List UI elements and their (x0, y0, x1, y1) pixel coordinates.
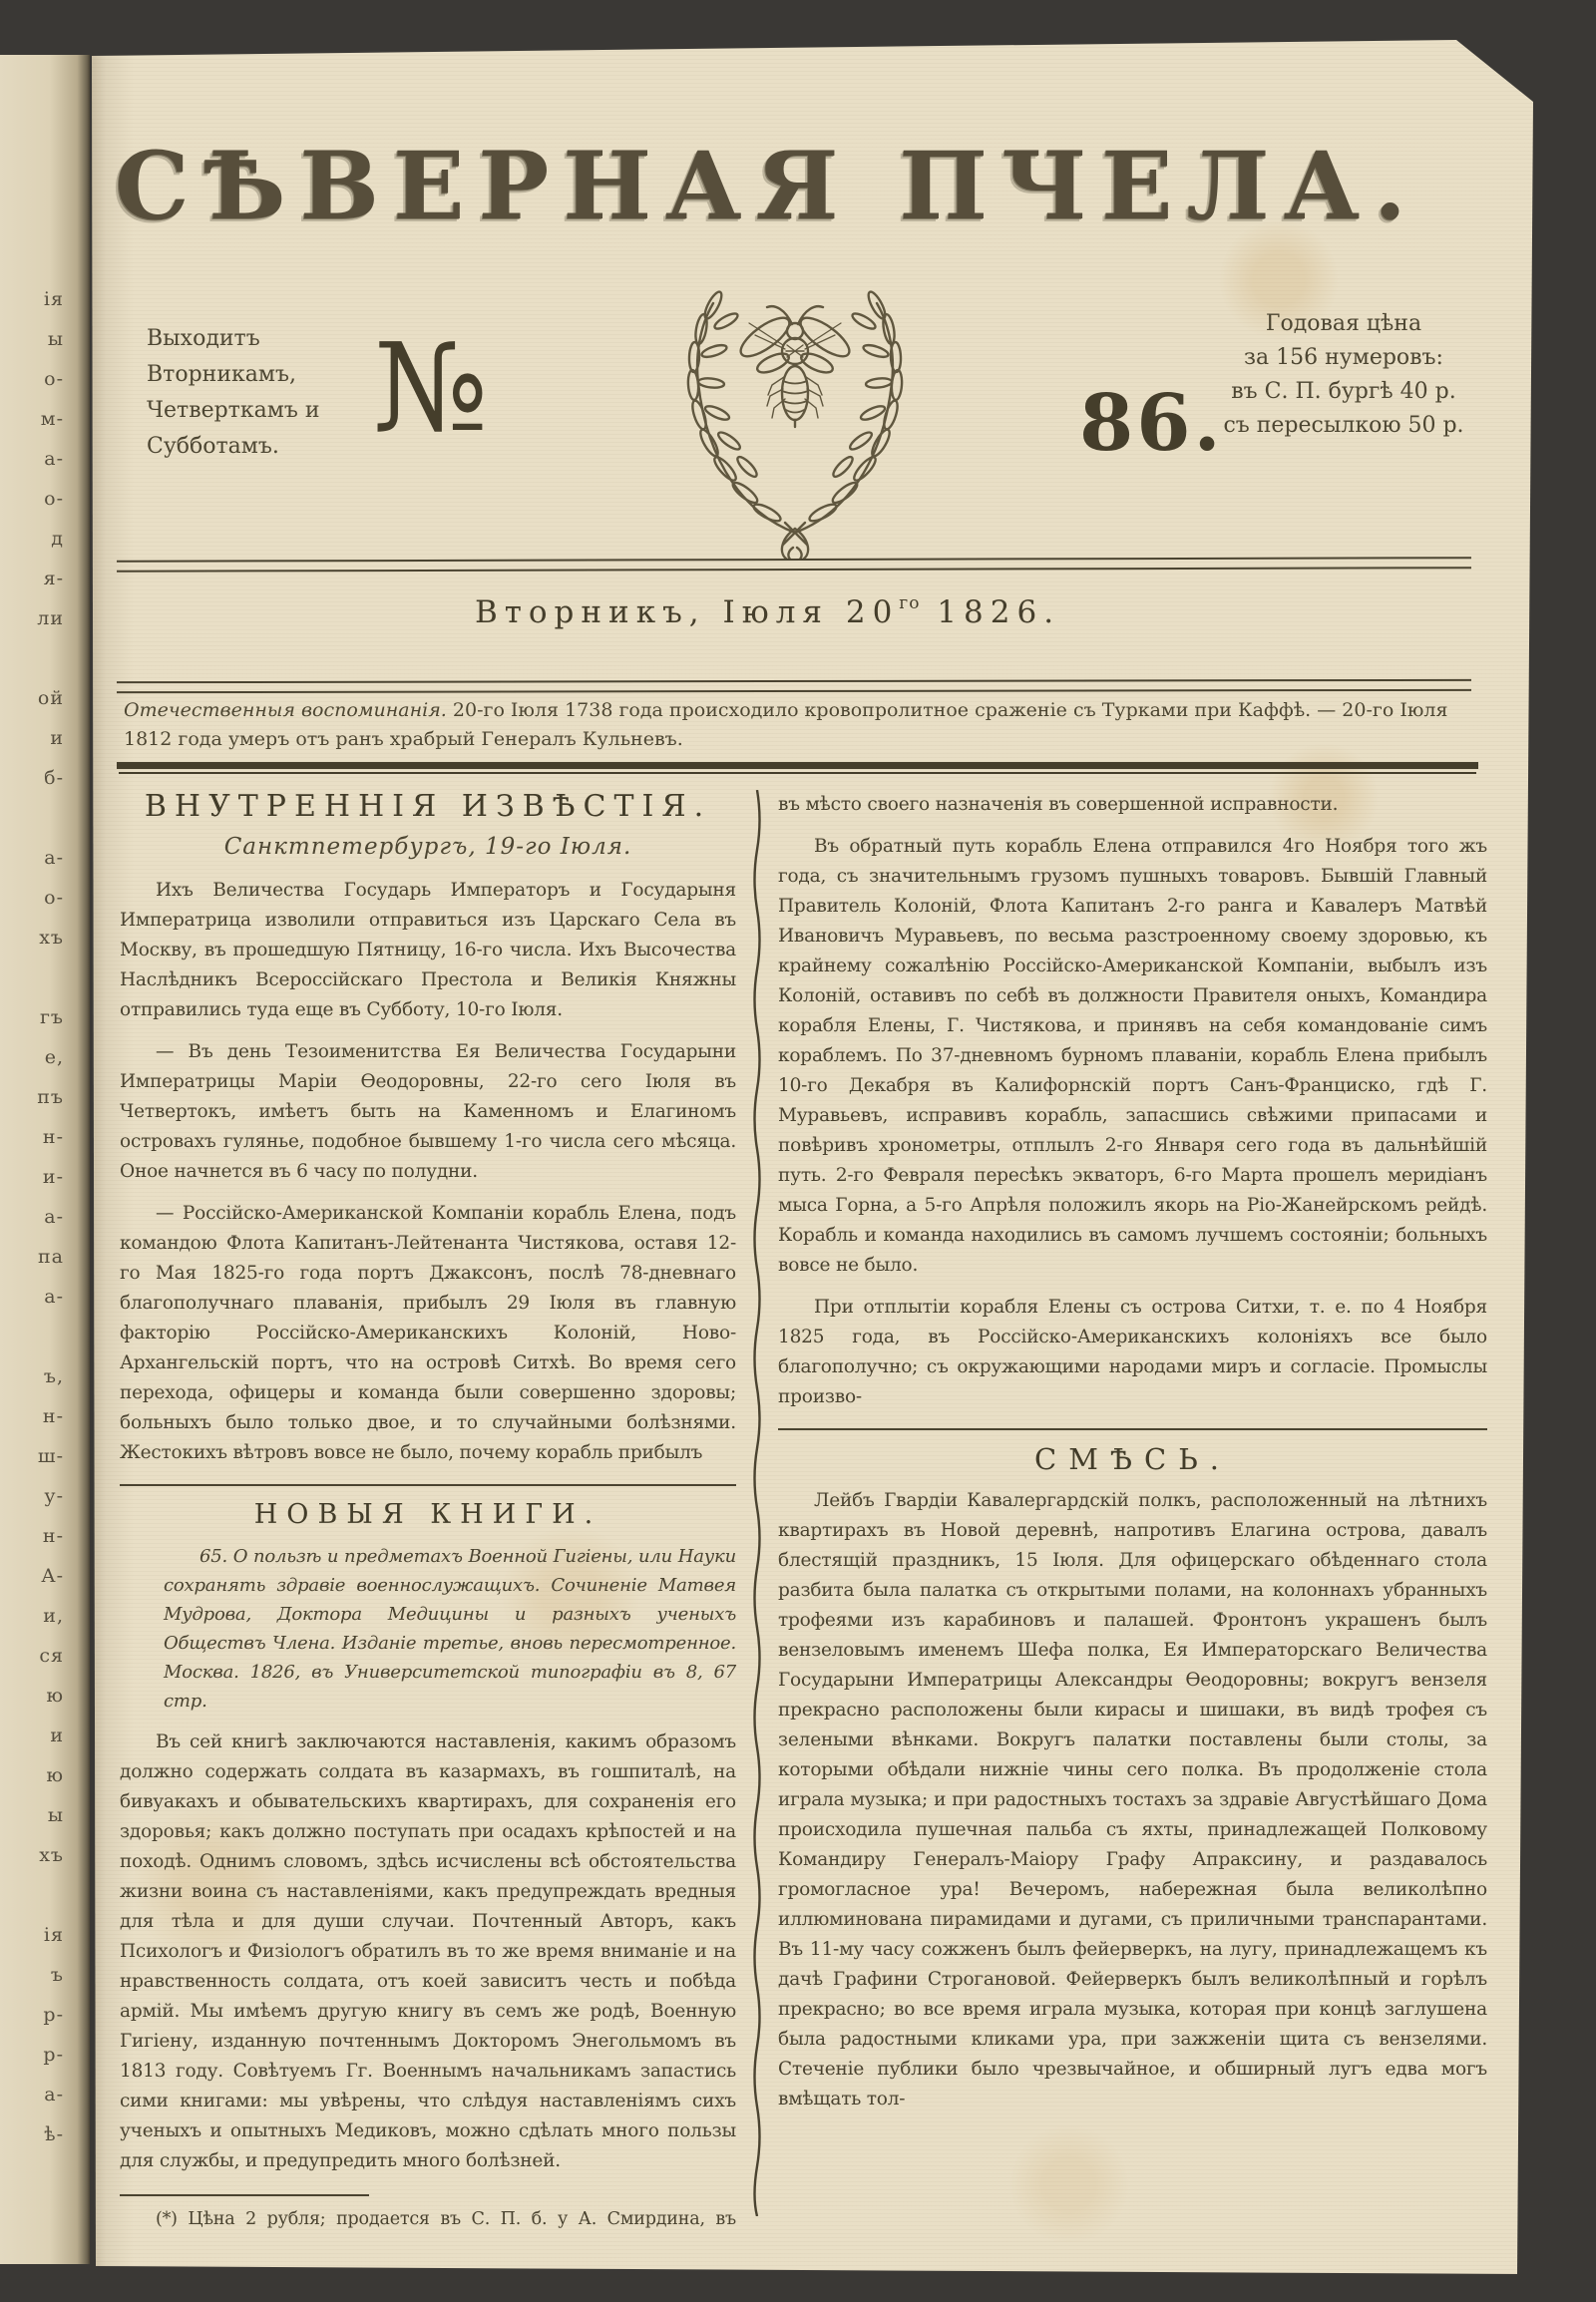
bee-wreath-emblem-icon (596, 261, 995, 565)
photograph-of-newspaper: { "page": { "background_color": "#3a3835… (0, 0, 1596, 2302)
article-paragraph: Ихъ Величества Государь Императоръ и Гос… (120, 876, 736, 1025)
article-paragraph: Лейбъ Гвардіи Кавалергардскій полкъ, рас… (778, 1486, 1487, 2114)
article-paragraph: — Россійско-Американской Компаніи корабл… (120, 1199, 736, 1468)
section-heading-new-books: НОВЫЯ КНИГИ. (120, 1500, 736, 1530)
laurel-branch-left (687, 289, 795, 533)
section-heading-miscellany: СМѢСЬ. (778, 1444, 1487, 1474)
laurel-branch-right (795, 289, 903, 533)
heavy-divider-rule (117, 762, 1478, 769)
section-divider-rule (778, 1428, 1487, 1430)
divider-rule (117, 557, 1471, 573)
issue-number-sign: № (373, 327, 488, 449)
price-line: Годовая цѣна (1189, 307, 1498, 341)
right-column: въ мѣсто своего назначенія въ совершенно… (778, 790, 1487, 2236)
masthead-title: СѢВЕРНАЯ ПЧЕЛА. (92, 132, 1443, 241)
article-paragraph: При отплытіи корабля Елены съ острова Си… (778, 1293, 1487, 1412)
section-divider-rule (120, 1484, 736, 1486)
publication-schedule: Выходитъ Вторникамъ, Четверткамъ и Суббо… (147, 321, 320, 465)
schedule-line: Четверткамъ и (147, 393, 320, 429)
dateline: Вторникъ, Іюля 20го 1826. (92, 594, 1443, 630)
price-line: за 156 нумеровъ: (1189, 341, 1498, 375)
article-paragraph: — Въ день Тезоименитства Ея Величества Г… (120, 1037, 736, 1187)
schedule-line: Субботамъ. (147, 429, 320, 465)
column-divider (736, 790, 778, 2236)
schedule-line: Выходитъ (147, 321, 320, 357)
section-heading-domestic-news: ВНУТРЕННІЯ ИЗВѢСТІЯ. (120, 792, 736, 822)
article-paragraph: въ мѣсто своего назначенія въ совершенно… (778, 790, 1487, 820)
memorial-note: Отечественныя воспоминанія. 20-го Іюля 1… (124, 696, 1463, 754)
article-paragraph: Въ сей книгѣ заключаются наставленія, ка… (120, 1727, 736, 2176)
price-line: съ пересылкою 50 р. (1189, 409, 1498, 443)
dateline-ordinal: го (899, 593, 920, 613)
newspaper-page: СѢВЕРНАЯ ПЧЕЛА. Выходитъ Вторникамъ, Чет… (92, 40, 1533, 2274)
left-column: ВНУТРЕННІЯ ИЗВѢСТІЯ. Санктпетербургъ, 19… (120, 790, 736, 2236)
subscription-price: Годовая цѣна за 156 нумеровъ: въ С. П. б… (1189, 307, 1498, 443)
memorial-note-lead: Отечественныя воспоминанія. (124, 699, 447, 721)
article-columns: ВНУТРЕННІЯ ИЗВѢСТІЯ. Санктпетербургъ, 19… (120, 790, 1487, 2236)
adjacent-page-text-fragments: ія ы о- м- а- о- д я- ли ой и б- а- о- х… (0, 279, 64, 2154)
divider-rule (117, 679, 1471, 693)
schedule-line: Вторникамъ, (147, 357, 320, 393)
footnote: (*) Цѣна 2 рубля; продается въ С. П. б. … (120, 2206, 736, 2236)
article-paragraph: Въ обратный путь корабль Елена отправилс… (778, 832, 1487, 1281)
dateline-main: Вторникъ, Іюля 20 (475, 594, 899, 630)
book-listing: 65. О пользѣ и предметахъ Военной Гигіен… (120, 1542, 736, 1716)
dateline-subheading: Санктпетербургъ, 19-го Іюля. (120, 832, 736, 862)
adjacent-page-edge: ія ы о- м- а- о- д я- ли ой и б- а- о- х… (0, 55, 90, 2264)
price-line: въ С. П. бургѣ 40 р. (1189, 375, 1498, 409)
footnote-rule (120, 2194, 369, 2196)
bee-icon (735, 306, 855, 427)
dateline-year: 1826. (920, 594, 1060, 630)
